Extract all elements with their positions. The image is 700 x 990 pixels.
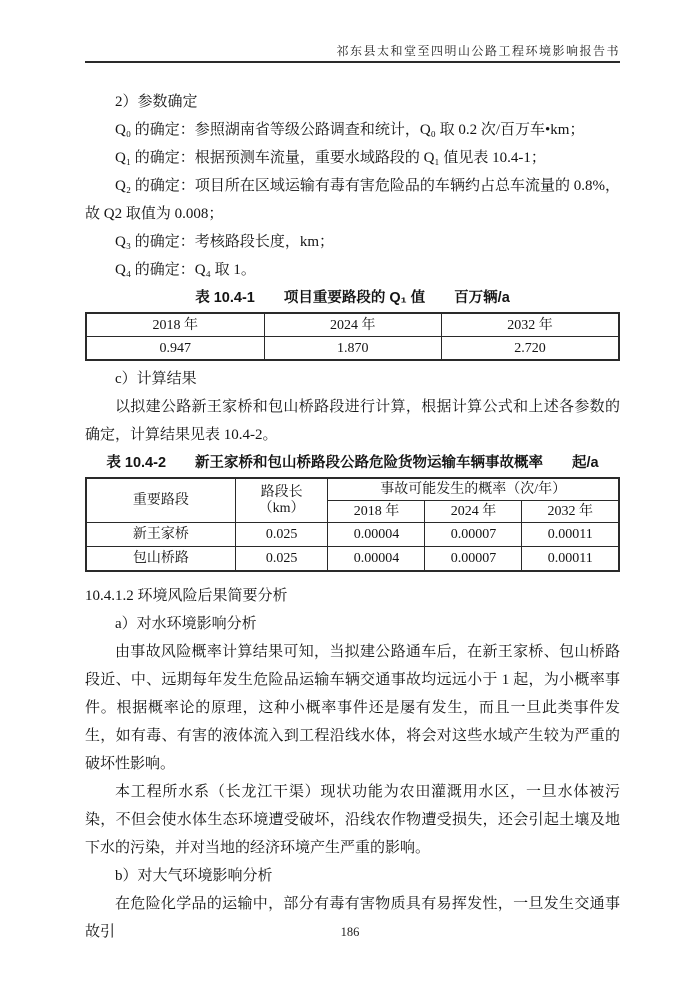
table-10-4-2-title: 表 10.4-2 新王家桥和包山桥路段公路危险货物运输车辆事故概率 起/a xyxy=(85,451,620,475)
table-cell: 0.025 xyxy=(235,547,328,572)
table-cell: 0.00004 xyxy=(328,523,425,547)
paragraph-air-heading: b）对大气环境影响分析 xyxy=(85,862,620,890)
paragraph-q2: Q₂ 的确定：项目所在区域运输有毒有害危险品的车辆约占总车流量的 0.8%，故 … xyxy=(85,172,620,228)
table-header-cell: 2024 年 xyxy=(264,313,441,337)
table-header-cell: 路段长 （km） xyxy=(235,478,328,523)
table-cell: 0.00004 xyxy=(328,547,425,572)
page-number: 186 xyxy=(0,925,700,940)
table-10-4-2: 重要路段 路段长 （km） 事故可能发生的概率（次/年） 2018 年 2024… xyxy=(85,477,620,572)
paragraph-water-body-2: 本工程所水系（长龙江干渠）现状功能为农田灌溉用水区，一旦水体被污染，不但会使水体… xyxy=(85,778,620,862)
header-rule xyxy=(85,61,620,63)
paragraph-water-body-1: 由事故风险概率计算结果可知，当拟建公路通车后，在新王家桥、包山桥路段近、中、远期… xyxy=(85,638,620,778)
paragraph-q1: Q₁ 的确定：根据预测车流量，重要水域路段的 Q₁ 值见表 10.4-1； xyxy=(85,144,620,172)
table-cell: 0.00011 xyxy=(522,523,619,547)
table-cell: 新王家桥 xyxy=(86,523,235,547)
table-cell: 2.720 xyxy=(442,337,620,361)
paragraph-calc-body: 以拟建公路新王家桥和包山桥路段进行计算，根据计算公式和上述各参数的确定，计算结果… xyxy=(85,393,620,449)
table-header-cell: 2018 年 xyxy=(86,313,264,337)
table-cell: 0.947 xyxy=(86,337,264,361)
table-cell: 0.00011 xyxy=(522,547,619,572)
page-content: 2）参数确定 Q₀ 的确定：参照湖南省等级公路调查和统计，Q₀ 取 0.2 次/… xyxy=(85,88,620,946)
paragraph-calc-heading: c）计算结果 xyxy=(85,365,620,393)
section-heading-10-4-1-2: 10.4.1.2 环境风险后果简要分析 xyxy=(85,582,620,610)
table-row: 2018 年 2024 年 2032 年 xyxy=(86,313,619,337)
table-row: 重要路段 路段长 （km） 事故可能发生的概率（次/年） xyxy=(86,478,619,501)
document-page: 祁东县太和堂至四明山公路工程环境影响报告书 2）参数确定 Q₀ 的确定：参照湖南… xyxy=(0,0,700,990)
table-cell: 1.870 xyxy=(264,337,441,361)
table-header-cell: 事故可能发生的概率（次/年） xyxy=(328,478,619,501)
paragraph-water-heading: a）对水环境影响分析 xyxy=(85,610,620,638)
table-row: 包山桥路 0.025 0.00004 0.00007 0.00011 xyxy=(86,547,619,572)
table-cell: 0.00007 xyxy=(425,523,522,547)
table-header-cell: 2024 年 xyxy=(425,501,522,523)
table-header-cell: 2018 年 xyxy=(328,501,425,523)
paragraph-q4: Q₄ 的确定：Q₄ 取 1。 xyxy=(85,256,620,284)
table-header-cell: 2032 年 xyxy=(522,501,619,523)
table-header-line: （km） xyxy=(238,501,326,517)
table-row: 新王家桥 0.025 0.00004 0.00007 0.00011 xyxy=(86,523,619,547)
paragraph-q0: Q₀ 的确定：参照湖南省等级公路调查和统计，Q₀ 取 0.2 次/百万车•km； xyxy=(85,116,620,144)
table-10-4-1: 2018 年 2024 年 2032 年 0.947 1.870 2.720 xyxy=(85,312,620,361)
running-header: 祁东县太和堂至四明山公路工程环境影响报告书 xyxy=(85,44,620,58)
table-cell: 0.025 xyxy=(235,523,328,547)
table-10-4-1-title: 表 10.4-1 项目重要路段的 Q₁ 值 百万辆/a xyxy=(85,286,620,310)
table-row: 0.947 1.870 2.720 xyxy=(86,337,619,361)
paragraph-param-heading: 2）参数确定 xyxy=(85,88,620,116)
table-cell: 0.00007 xyxy=(425,547,522,572)
table-header-line: 路段长 xyxy=(238,485,326,501)
table-header-cell: 2032 年 xyxy=(442,313,620,337)
table-header-cell: 重要路段 xyxy=(86,478,235,523)
paragraph-q3: Q₃ 的确定：考核路段长度，km； xyxy=(85,228,620,256)
table-cell: 包山桥路 xyxy=(86,547,235,572)
